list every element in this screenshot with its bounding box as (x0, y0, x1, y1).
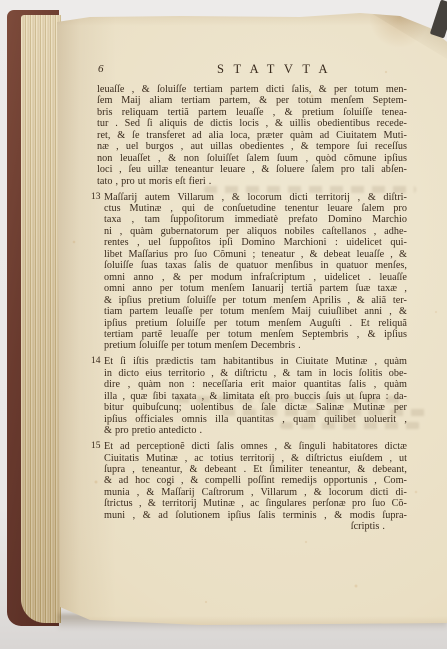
text-line: tato , pro ut moris eſt fieri . (97, 176, 407, 187)
text-line: ſoluiſſe ſuas taxas ſalis de quatuor men… (104, 260, 407, 271)
text-line: tertiam partẽ leuaſſe per totum menſem S… (104, 329, 407, 340)
paragraph: 14Et ſi iſtis prædictis tam habitantibus… (97, 356, 407, 436)
text-line: & pro pretio antedicto . (104, 425, 407, 436)
text-line: ſem Maij aliam tertiam partem, & per tot… (97, 95, 407, 106)
text-line: omni anno , & per modum infraſcriptum , … (104, 272, 407, 283)
text-line: Ciuitatis Mutinæ , ac totius territorij … (104, 453, 407, 464)
text-line: Et ſi iſtis prædictis tam habitantibus i… (104, 356, 407, 367)
text-line: Et ad perceptionẽ dicti ſalis omnes , & … (104, 441, 407, 452)
text-line: non leuaſſet , & non ſoluiſſet ſalem ſuu… (97, 153, 407, 164)
text-line: bitur quibuſcunq; uolentibus de ſale dic… (104, 402, 407, 413)
text-line: illa , quæ ſibi taxata , & limitata eſt … (104, 391, 407, 402)
paragraph-number: 15 (91, 441, 101, 452)
paragraph-number: 13 (91, 192, 101, 203)
text-line: ctus Mutinæ , qui de conſuetudine tenent… (104, 203, 407, 214)
text-line: tiam partem leuaſſe per totum menſem Mai… (104, 306, 407, 317)
text-line: bris reliquam tertiã partem leuaſſe , & … (97, 107, 407, 118)
text-line: munia , & Maſſarij Caſtrorum , Villarum … (104, 487, 407, 498)
text-line: leuaſſe , & ſoluiſſe tertiam partem dict… (97, 84, 407, 95)
text-line: & ipſius pretium ſoluiſſe per totum menſ… (104, 295, 407, 306)
text-line: pretium ſoluiſſe per totum menſem Decemb… (104, 340, 407, 351)
text-line: ſupra , teneantur, & debeant . Et ſimili… (104, 464, 407, 475)
paragraph: leuaſſe , & ſoluiſſe tertiam partem dict… (97, 84, 407, 187)
text-line: in dicto eius territorio , & diſtrictu ,… (104, 368, 407, 379)
paragraph: 13Maſſarij autem Villarum , & locorum di… (97, 192, 407, 352)
text-line: loci , ſeu uillæ teneantur leuare , & ſo… (97, 164, 407, 175)
page-header: 6 STATVTA (97, 62, 407, 76)
text-content: 6 STATVTA leuaſſe , & ſoluiſſe tertiam p… (97, 62, 407, 537)
text-line: ſcriptis . (104, 521, 407, 532)
text-line: & ad hoc cogi , & compelli poſſint remed… (104, 475, 407, 486)
book-page: 6 STATVTA leuaſſe , & ſoluiſſe tertiam p… (54, 10, 447, 630)
text-line: omni anno per totum menſem Ianuarij tert… (104, 283, 407, 294)
text-line: Maſſarij autem Villarum , & locorum dict… (104, 192, 407, 203)
text-line: muni , & ad ſolutionem ipſius ſalis term… (104, 510, 407, 521)
text-line: ret, & ſe transferet ad alia loca, præte… (97, 130, 407, 141)
text-line: taxa , tam ſuppoſitorum immediatè prefat… (104, 214, 407, 225)
paragraph-number: 14 (91, 356, 101, 367)
text-line: libet Maſſarius pro ſuo Cõmuni ; teneatu… (104, 249, 407, 260)
page-number: 6 (98, 63, 104, 75)
text-line: ni , quàm gubernatorum per aliquos nobil… (104, 226, 407, 237)
running-title: STATVTA (217, 62, 337, 77)
text-block: leuaſſe , & ſoluiſſe tertiam partem dict… (97, 84, 407, 533)
text-line: ipſius pretium ſoluiſſe per totum menſem… (104, 318, 407, 329)
book-photo: 6 STATVTA leuaſſe , & ſoluiſſe tertiam p… (0, 0, 447, 649)
corner-shadow (430, 0, 447, 38)
text-line: ipſius officiales omnis illa quantitas ,… (104, 414, 407, 425)
text-line: rentes , uel ſuppoſitos ipſi Domino Marc… (104, 237, 407, 248)
page-edges (21, 15, 61, 623)
paragraph: 15Et ad perceptionẽ dicti ſalis omnes , … (97, 441, 407, 533)
text-line: ſtrictus , & territorij Mutinæ , ac ſing… (104, 498, 407, 509)
text-line: dire , quàm non : neceſſaria erit maior … (104, 379, 407, 390)
text-line: næ , uel burgos , aut uillas obedientes … (97, 141, 407, 152)
text-line: tur . Sed ſi aliquis de dictis locis , &… (97, 118, 407, 129)
